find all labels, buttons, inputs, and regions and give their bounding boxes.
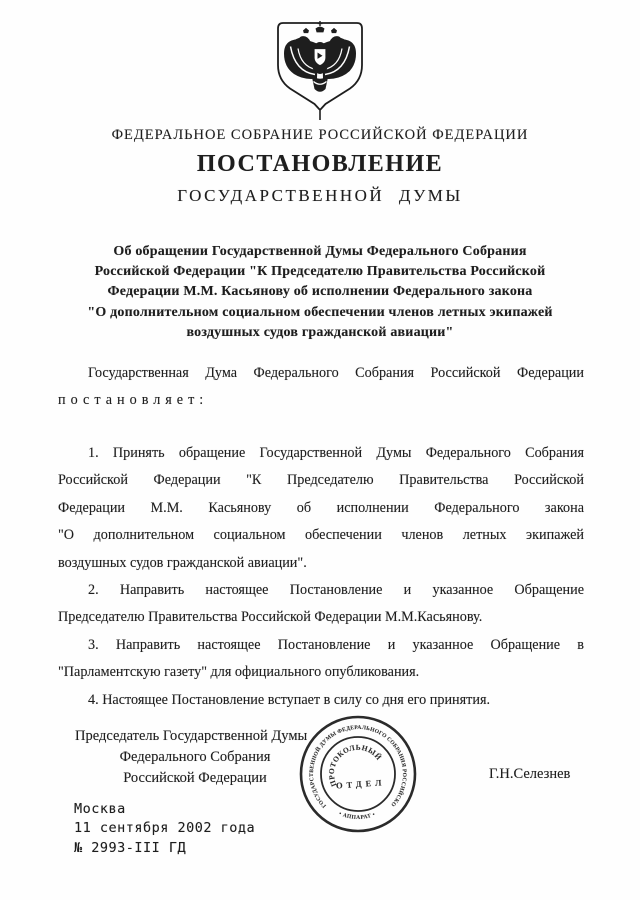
stamp-center-word: ОТДЕЛ [336,777,386,790]
stamp-ring-bottom-text: • АППАРАТ • [338,811,376,821]
footer-city: Москва [74,800,255,819]
item-line: "О дополнительном социальном обеспечении… [58,522,584,549]
item-line: 4. Настоящее Постановление вступает в си… [58,687,584,714]
subject-line: Российской Федерации "К Председателю Пра… [60,262,580,282]
signer-name: Г.Н.Селезнев [489,766,570,783]
subject-line: "О дополнительном социальном обеспечении… [60,303,580,323]
resolution-items: 1. Принять обращение Государственной Дум… [58,440,584,714]
doc-subtitle: ГОСУДАРСТВЕННОЙ ДУМЫ [0,186,640,206]
signature-block: Председатель Государственной Думы Федера… [75,726,315,788]
org-name: ФЕДЕРАЛЬНОЕ СОБРАНИЕ РОССИЙСКОЙ ФЕДЕРАЦИ… [0,127,640,144]
signer-post-line: Председатель Государственной Думы [75,726,315,747]
resolves-word: постановляет: [58,387,584,414]
svg-text:• АППАРАТ •: • АППАРАТ • [338,811,376,821]
protocol-department-stamp: ГОСУДАРСТВЕННОЙ ДУМЫ ФЕДЕРАЛЬНОГО СОБРАН… [297,713,419,835]
preamble-line: Государственная Дума Федерального Собран… [58,360,584,387]
document-page: ФЕДЕРАЛЬНОЕ СОБРАНИЕ РОССИЙСКОЙ ФЕДЕРАЦИ… [0,0,640,900]
item-line: Российской Федерации "К Председателю Пра… [58,467,584,494]
signer-post-line: Федерального Собрания [75,747,315,768]
stamp-outer-circle [301,717,415,831]
item-line: воздушных судов гражданской авиации". [58,550,584,577]
item-line: 2. Направить настоящее Постановление и у… [58,577,584,604]
item-line: Федерации М.М. Касьянову об исполнении Ф… [58,495,584,522]
item-line: "Парламентскую газету" для официального … [58,659,584,686]
item-1: 1. Принять обращение Государственной Дум… [58,440,584,577]
russia-coat-of-arms-icon [268,20,372,120]
item-3: 3. Направить настоящее Постановление и у… [58,632,584,687]
preamble: Государственная Дума Федерального Собран… [58,360,584,414]
item-line: 1. Принять обращение Государственной Дум… [58,440,584,467]
subject-line: Федерации М.М. Касьянову об исполнении Ф… [60,282,580,302]
item-line: 3. Направить настоящее Постановление и у… [58,632,584,659]
doc-title: ПОСТАНОВЛЕНИЕ [0,151,640,178]
footer-number: № 2993-III ГД [74,839,255,858]
item-2: 2. Направить настоящее Постановление и у… [58,577,584,632]
subject-line: Об обращении Государственной Думы Федера… [60,242,580,262]
double-headed-eagle-icon [284,21,356,92]
item-4: 4. Настоящее Постановление вступает в си… [58,687,584,714]
item-line: Председателю Правительства Российской Фе… [58,604,584,631]
signer-post-line: Российской Федерации [75,768,315,789]
subject-block: Об обращении Государственной Думы Федера… [60,242,580,343]
footer-block: Москва 11 сентября 2002 года № 2993-III … [74,800,255,858]
subject-line: воздушных судов гражданской авиации" [60,323,580,343]
footer-date: 11 сентября 2002 года [74,819,255,838]
